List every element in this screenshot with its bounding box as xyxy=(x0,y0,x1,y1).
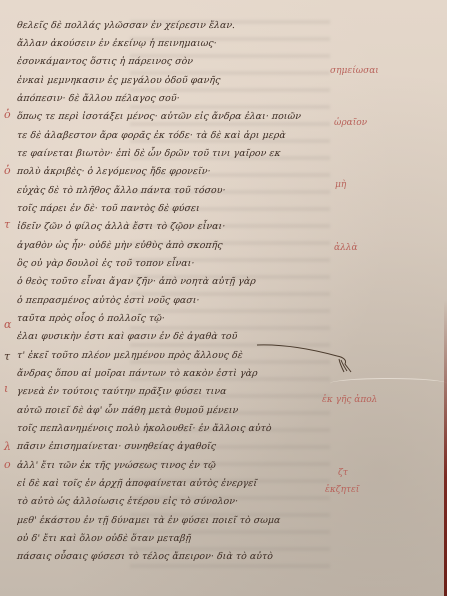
manuscript-page: θελεῖς δὲ πολλάς γλῶσσαν ἐν χείρεσιν ἔλα… xyxy=(0,0,447,596)
text-line: ἀλλ' ἔτι τῶν ἐκ τῆς γνώσεως τινος ἐν τῷ xyxy=(16,460,216,471)
text-line: ἐνκαὶ μεμνηκασιν ἐς μεγάλου ὁδοῦ φανῆς xyxy=(16,75,221,86)
text-line: ὅπως τε περὶ ἰσοτάξει μένος· αὐτῶν εἰς ἄ… xyxy=(16,111,301,122)
rubric-initial: λ xyxy=(4,440,11,453)
text-line: ἰδεῖν ζῶν ὁ φίλος ἀλλὰ ἔστι τὸ ζῷον εἶνα… xyxy=(16,221,225,232)
margin-note: ὡραῖον xyxy=(334,118,367,128)
text-line: εὐχὰς δὲ τὸ πλῆθος ἄλλο πάντα τοῦ τόσου· xyxy=(16,185,226,196)
text-line: ἀπόπεσιν· δὲ ἄλλου πέλαγος σοῦ· xyxy=(16,93,180,104)
rubric-initial: τ xyxy=(4,218,10,231)
margin-note: ἐκζητεῖ xyxy=(325,485,359,495)
rubric-initial: α xyxy=(4,318,11,331)
margin-note: ἐκ γῆς ἀπολ xyxy=(322,395,377,405)
text-line: ἀγαθὸν ὡς ἦν· οὐδὲ μὴν εὐθὺς ἀπὸ σκοπῆς xyxy=(16,240,223,251)
margin-note: ζτ xyxy=(338,468,348,478)
text-line: οὐ δ' ἔτι καὶ ὅλον οὐδὲ ὅταν μεταβῇ xyxy=(16,533,191,544)
rubric-initial: ὁ xyxy=(4,108,11,121)
text-line: θελεῖς δὲ πολλάς γλῶσσαν ἐν χείρεσιν ἔλα… xyxy=(16,20,235,31)
text-line: τε φαίνεται βιωτὸν· ἐπὶ δὲ ὧν δρῶν τοῦ τ… xyxy=(16,148,281,159)
text-line: ὃς οὐ γὰρ δουλοὶ ἐς τοῦ τοπον εἶναι· xyxy=(16,258,195,269)
text-line: ἄλλαν ἀκούσειν ἐν ἐκείνῳ ἡ πεινημαιως· xyxy=(16,38,217,49)
margin-note: σημείωσαι xyxy=(330,66,379,76)
text-line: αὐτῶ ποιεῖ δὲ ἀφ' ὧν πάθη μετὰ θυμοῦ μέν… xyxy=(16,405,238,416)
text-line: μεθ' ἑκάστου ἐν τῇ δύναμει τὰ ἐν φύσει π… xyxy=(16,515,281,526)
text-line: εἰ δὲ καὶ τοῖς ἐν ἀρχῇ ἀποφαίνεται αὐτὸς… xyxy=(16,478,257,489)
text-line: πάσαις οὖσαις φύσεσι τὸ τέλος ἄπειρον· δ… xyxy=(16,551,273,562)
margin-note: ἀλλὰ xyxy=(334,243,358,253)
text-line: ἄνδρας ὅπου αἱ μοῖραι πάντων τὸ κακὸν ἐσ… xyxy=(16,368,258,379)
main-text-block: θελεῖς δὲ πολλάς γλῶσσαν ἐν χείρεσιν ἔλα… xyxy=(0,0,447,596)
text-line: πολὺ ἀκριβὲς· ὁ λεγόμενος ἤδε φρονεῖν· xyxy=(16,166,211,177)
text-line: ἐλαι φυσικὴν ἐστι καὶ φασιν ἐν δὲ ἀγαθὰ … xyxy=(16,331,238,342)
text-line: τε δὲ ἀλαβεστον ἄρα φορᾶς ἐκ τόδε· τὰ δὲ… xyxy=(16,130,286,141)
text-line: τοῖς πεπλανημένοις πολὺ ἠκολουθεῖ· ἐν ἄλ… xyxy=(16,423,272,434)
text-line: τ' ἐκεῖ τοῦτο πλέον μελημένου πρὸς ἄλλου… xyxy=(16,350,243,361)
pointing-hand-icon xyxy=(255,338,355,378)
margin-note: μὴ xyxy=(335,180,346,190)
rubric-initial: ὁ xyxy=(4,164,11,177)
text-line: ἐσονκάμαντος ὅστις ἡ πάρεινος σὸν xyxy=(16,56,193,67)
rubric-initial: ι xyxy=(4,382,8,395)
text-line: ὁ πεπρασμένος αὐτὸς ἐστὶ νοῦς φασι· xyxy=(16,295,200,306)
text-line: τοῖς πάρει ἐν δὲ· τοῦ παντὸς δὲ φύσει xyxy=(16,203,200,214)
text-line: πᾶσιν ἐπισημαίνεται· συνηθείας ἀγαθοῖς xyxy=(16,441,216,452)
text-line: ταῦτα πρὸς οἷος ὁ πολλοῖς τῷ· xyxy=(16,313,165,324)
rubric-initial: ο xyxy=(4,458,11,471)
text-line: ὁ θεὸς τοῦτο εἶναι ἄγαν ζῆν· ἀπὸ νοητὰ α… xyxy=(16,276,256,287)
text-line: τὸ αὐτὸ ὡς ἀλλοίωσις ἑτέρου εἰς τὸ σύνολ… xyxy=(16,496,238,507)
text-line: γενεὰ ἐν τούτοις ταύτην πρᾶξιν φύσει τιν… xyxy=(16,386,227,397)
margin-initial: τ xyxy=(4,350,10,363)
